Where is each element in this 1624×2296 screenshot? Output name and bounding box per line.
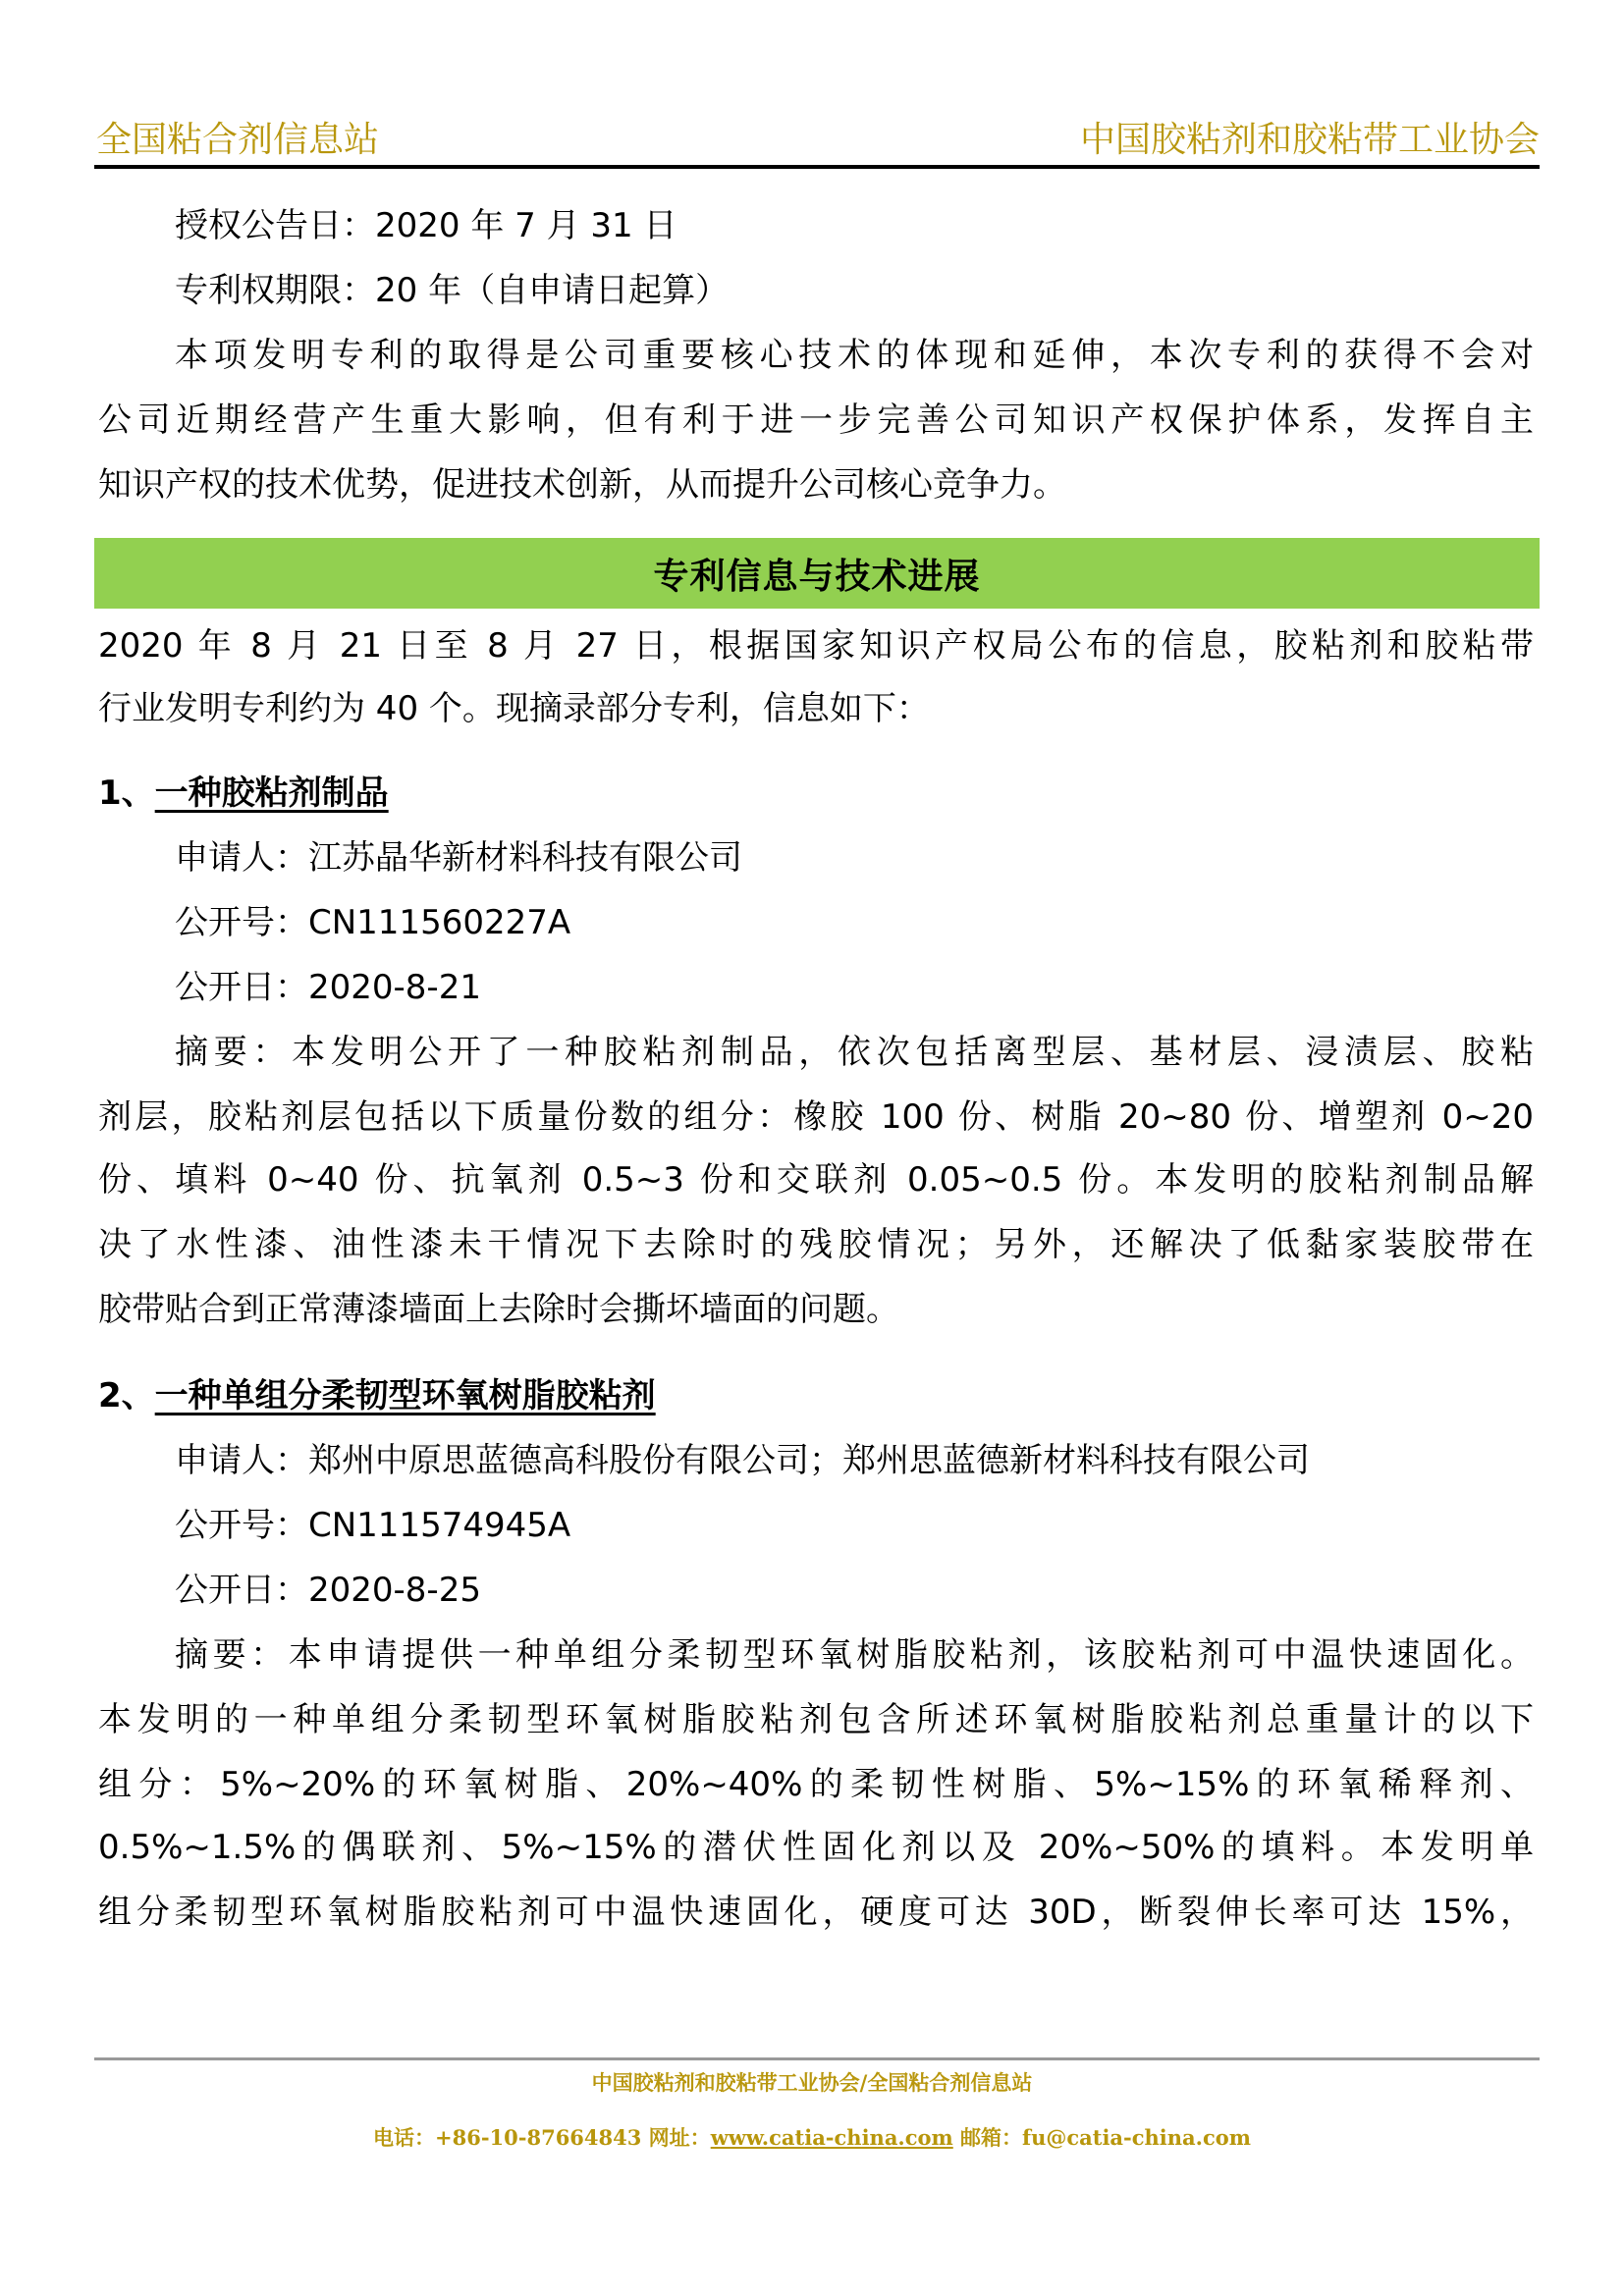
patent-pub-date: 公开日：2020-8-25	[175, 1569, 481, 1612]
grant-date: 授权公告日：2020 年 7 月 31 日	[175, 204, 677, 247]
intro-para-line: 公司近期经营产生重大影响，但有利于进一步完善公司知识产权保护体系，发挥自主	[98, 399, 1534, 442]
patent-title: 一种胶粘剂制品	[155, 774, 389, 813]
patent-abstract-line: 份、填料 0~40 份、抗氧剂 0.5~3 份和交联剂 0.05~0.5 份。本…	[98, 1158, 1534, 1201]
section-lead-line: 行业发明专利约为 40 个。现摘录部分专利，信息如下：	[98, 687, 1534, 730]
patent-pub-date: 公开日：2020-8-21	[175, 966, 481, 1009]
intro-para-line: 本项发明专利的取得是公司重要核心技术的体现和延伸，本次专利的获得不会对	[175, 334, 1534, 377]
patent-term: 专利权期限：20 年（自申请日起算）	[175, 269, 729, 312]
patent-abstract-line: 胶带贴合到正常薄漆墙面上去除时会撕坏墙面的问题。	[98, 1288, 1534, 1331]
footer-divider	[94, 2057, 1540, 2060]
patent-abstract-line: 剂层，胶粘剂层包括以下质量份数的组分：橡胶 100 份、树脂 20~80 份、增…	[98, 1095, 1534, 1139]
footer-contact: 电话：+86-10-87664843 网址：www.catia-china.co…	[0, 2122, 1624, 2152]
header-org-name: 中国胶粘剂和胶粘带工业协会	[1080, 116, 1540, 165]
patent-pub-no: 公开号：CN111560227A	[175, 901, 570, 944]
patent-number: 1、	[98, 774, 155, 813]
patent-abstract-line: 摘要：本申请提供一种单组分柔韧型环氧树脂胶粘剂，该胶粘剂可中温快速固化。	[175, 1633, 1534, 1677]
footer-website-link[interactable]: www.catia-china.com	[711, 2125, 953, 2150]
patent-title: 一种单组分柔韧型环氧树脂胶粘剂	[155, 1376, 656, 1415]
patent-abstract-line: 本发明的一种单组分柔韧型环氧树脂胶粘剂包含所述环氧树脂胶粘剂总重量计的以下	[98, 1698, 1534, 1741]
footer-email: 邮箱：fu@catia-china.com	[953, 2125, 1251, 2150]
footer-org: 中国胶粘剂和胶粘带工业协会/全国粘合剂信息站	[0, 2067, 1624, 2097]
header-divider	[94, 165, 1540, 169]
footer-phone: 电话：+86-10-87664843 网址：	[373, 2125, 711, 2150]
header-site-name: 全国粘合剂信息站	[96, 116, 379, 165]
patent-pub-no: 公开号：CN111574945A	[175, 1504, 570, 1547]
patent-heading: 2、一种单组分柔韧型环氧树脂胶粘剂	[98, 1374, 656, 1417]
section-banner: 专利信息与技术进展	[94, 538, 1540, 609]
patent-applicant: 申请人：江苏晶华新材料科技有限公司	[175, 836, 742, 880]
patent-abstract-line: 组分柔韧型环氧树脂胶粘剂可中温快速固化，硬度可达 30D，断裂伸长率可达 15%…	[98, 1891, 1534, 1934]
intro-para-line: 知识产权的技术优势，促进技术创新，从而提升公司核心竞争力。	[98, 463, 1534, 507]
patent-applicant: 申请人：郑州中原思蓝德高科股份有限公司；郑州思蓝德新材料科技有限公司	[175, 1439, 1310, 1482]
patent-abstract-line: 0.5%~1.5%的偶联剂、5%~15%的潜伏性固化剂以及 20%~50%的填料…	[98, 1826, 1534, 1869]
patent-heading: 1、一种胶粘剂制品	[98, 772, 389, 815]
patent-abstract-line: 组分：5%~20%的环氧树脂、20%~40%的柔韧性树脂、5%~15%的环氧稀释…	[98, 1763, 1534, 1806]
patent-abstract-line: 摘要：本发明公开了一种胶粘剂制品，依次包括离型层、基材层、浸渍层、胶粘	[175, 1031, 1534, 1074]
patent-number: 2、	[98, 1376, 155, 1415]
section-title: 专利信息与技术进展	[653, 549, 980, 599]
section-lead-line: 2020 年 8 月 21 日至 8 月 27 日，根据国家知识产权局公布的信息…	[98, 624, 1534, 667]
patent-abstract-line: 决了水性漆、油性漆未干情况下去除时的残胶情况；另外，还解决了低黏家装胶带在	[98, 1223, 1534, 1266]
